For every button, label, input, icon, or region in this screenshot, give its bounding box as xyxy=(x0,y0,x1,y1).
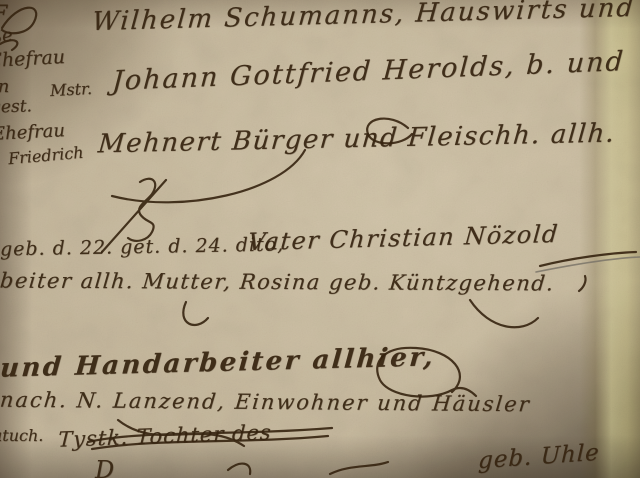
handwriting-line-4-dates: geb. d. 22. get. d. 24. dito, xyxy=(0,236,284,260)
mutter-descender xyxy=(183,302,208,325)
margin-fragment-4: in xyxy=(0,78,9,96)
handwriting-line-1: Wilhelm Schumanns, Hauswirts und xyxy=(91,0,636,35)
noezold-underline xyxy=(540,252,636,266)
margin-fragment-3: Ehefrau xyxy=(0,48,65,71)
noezold-comma xyxy=(579,276,586,291)
handwriting-line-3-prefix: Friedrich xyxy=(7,145,84,168)
handwriting-line-8-crossed-out: Tystk. Tochter des xyxy=(58,422,273,451)
margin-fragment-5: gest. xyxy=(0,98,32,116)
handwriting-line-7: nach. N. Lanzend, Einwohner und Häusler xyxy=(0,390,532,416)
bottom-cut-stroke-2 xyxy=(330,462,388,474)
kuentz-descender xyxy=(470,300,538,327)
handwriting-line-6: und Handarbeiter allhier, xyxy=(0,344,436,381)
handwriting-line-2: Johann Gottfried Herolds, b. und xyxy=(111,48,625,95)
margin-fragment-1: F xyxy=(0,4,7,26)
handwriting-line-2-prefix: Mstr. xyxy=(50,81,93,99)
bottom-cut-stroke xyxy=(228,464,250,474)
handwriting-line-9-cutoff: geb. Uhle xyxy=(478,442,600,474)
handwriting-line-4-father: Vater Christian Nözold xyxy=(247,222,560,254)
margin-fragment-6: Ehefrau xyxy=(0,122,65,144)
margin-fragment-2: ße xyxy=(0,27,14,47)
handwriting-line-3: Mehnert Bürger und Fleischh. allh. xyxy=(97,121,617,158)
manuscript-page: Wilhelm Schumanns, Hauswirts und F ße Eh… xyxy=(0,0,640,478)
margin-fragment-7: utuch. xyxy=(0,428,43,444)
handwriting-line-5-mother: beiter allh. Mutter, Rosina geb. Küntzge… xyxy=(0,271,555,295)
pencil-line xyxy=(536,257,640,272)
bottom-fragment: D xyxy=(95,458,114,478)
